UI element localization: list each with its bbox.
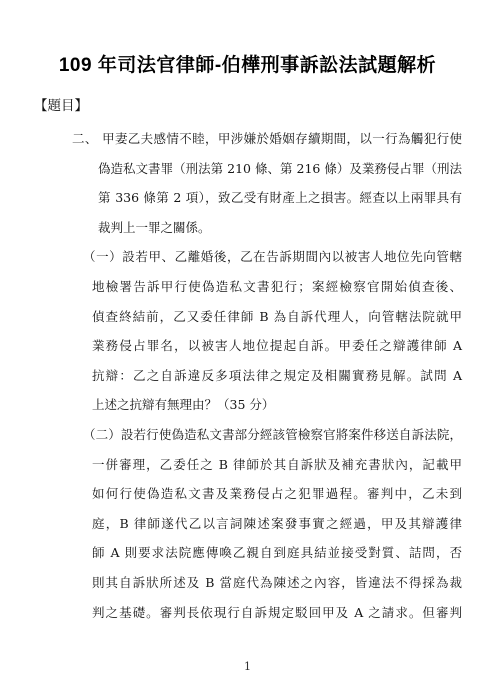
question-line: 則其自訴狀所述及 B 當庭代為陳述之內容，皆違法不得採為裁 bbox=[92, 568, 462, 598]
question-line: 如何行使偽造私文書及業務侵占之犯罪過程。審判中，乙未到 bbox=[92, 479, 462, 509]
question-line: （二）設若行使偽造私文書部分經該管檢察官將案件移送自訴法院， bbox=[83, 420, 462, 450]
question-line: 上述之抗辯有無理由？（35 分） bbox=[92, 390, 462, 420]
question-line: 判之基礎。審判長依現行自訴規定駁回甲及 A 之請求。但審判 bbox=[92, 598, 462, 628]
question-line: （一）設若甲、乙離婚後，乙在告訴期間內以被害人地位先向管轄 bbox=[83, 242, 462, 272]
question-line: 師 A 則要求法院應傳喚乙親自到庭具結並接受對質、詰問，否 bbox=[92, 538, 462, 568]
question-line: 二、 甲妻乙夫感情不睦，甲涉嫌於婚姻存續期間，以一行為觸犯行使 bbox=[72, 124, 462, 154]
question-line: 一併審理，乙委任之 B 律師於其自訴狀及補充書狀內，記載甲 bbox=[92, 450, 462, 480]
question-line: 抗辯：乙之自訴違反多項法律之規定及相關實務見解。試問 A bbox=[92, 361, 462, 391]
document-title: 109 年司法官律師-伯樺刑事訴訟法試題解析 bbox=[0, 51, 495, 81]
question-line: 業務侵占罪名，以被害人地位提起自訴。甲委任之辯護律師 A bbox=[92, 331, 462, 361]
question-line: 地檢署告訴甲行使偽造私文書犯行；案經檢察官開始偵查後、 bbox=[92, 272, 462, 302]
section-label: 【題目】 bbox=[34, 96, 88, 116]
page-number: 1 bbox=[0, 660, 495, 673]
question-line: 第 336 條第 2 項），致乙受有財產上之損害。經查以上兩罪具有 bbox=[98, 183, 462, 213]
document-page: 109 年司法官律師-伯樺刑事訴訟法試題解析 【題目】 二、 甲妻乙夫感情不睦，… bbox=[0, 0, 495, 700]
question-line: 庭，B 律師遂代乙以言詞陳述案發事實之經過，甲及其辯護律 bbox=[92, 509, 462, 539]
question-line: 偽造私文書罪（刑法第 210 條、第 216 條）及業務侵占罪（刑法 bbox=[98, 154, 462, 184]
question-line: 偵查終結前，乙又委任律師 B 為自訴代理人，向管轄法院就甲 bbox=[92, 302, 462, 332]
question-body: 二、 甲妻乙夫感情不睦，甲涉嫌於婚姻存續期間，以一行為觸犯行使 偽造私文書罪（刑… bbox=[0, 124, 462, 627]
question-line: 裁判上一罪之關係。 bbox=[98, 213, 462, 243]
